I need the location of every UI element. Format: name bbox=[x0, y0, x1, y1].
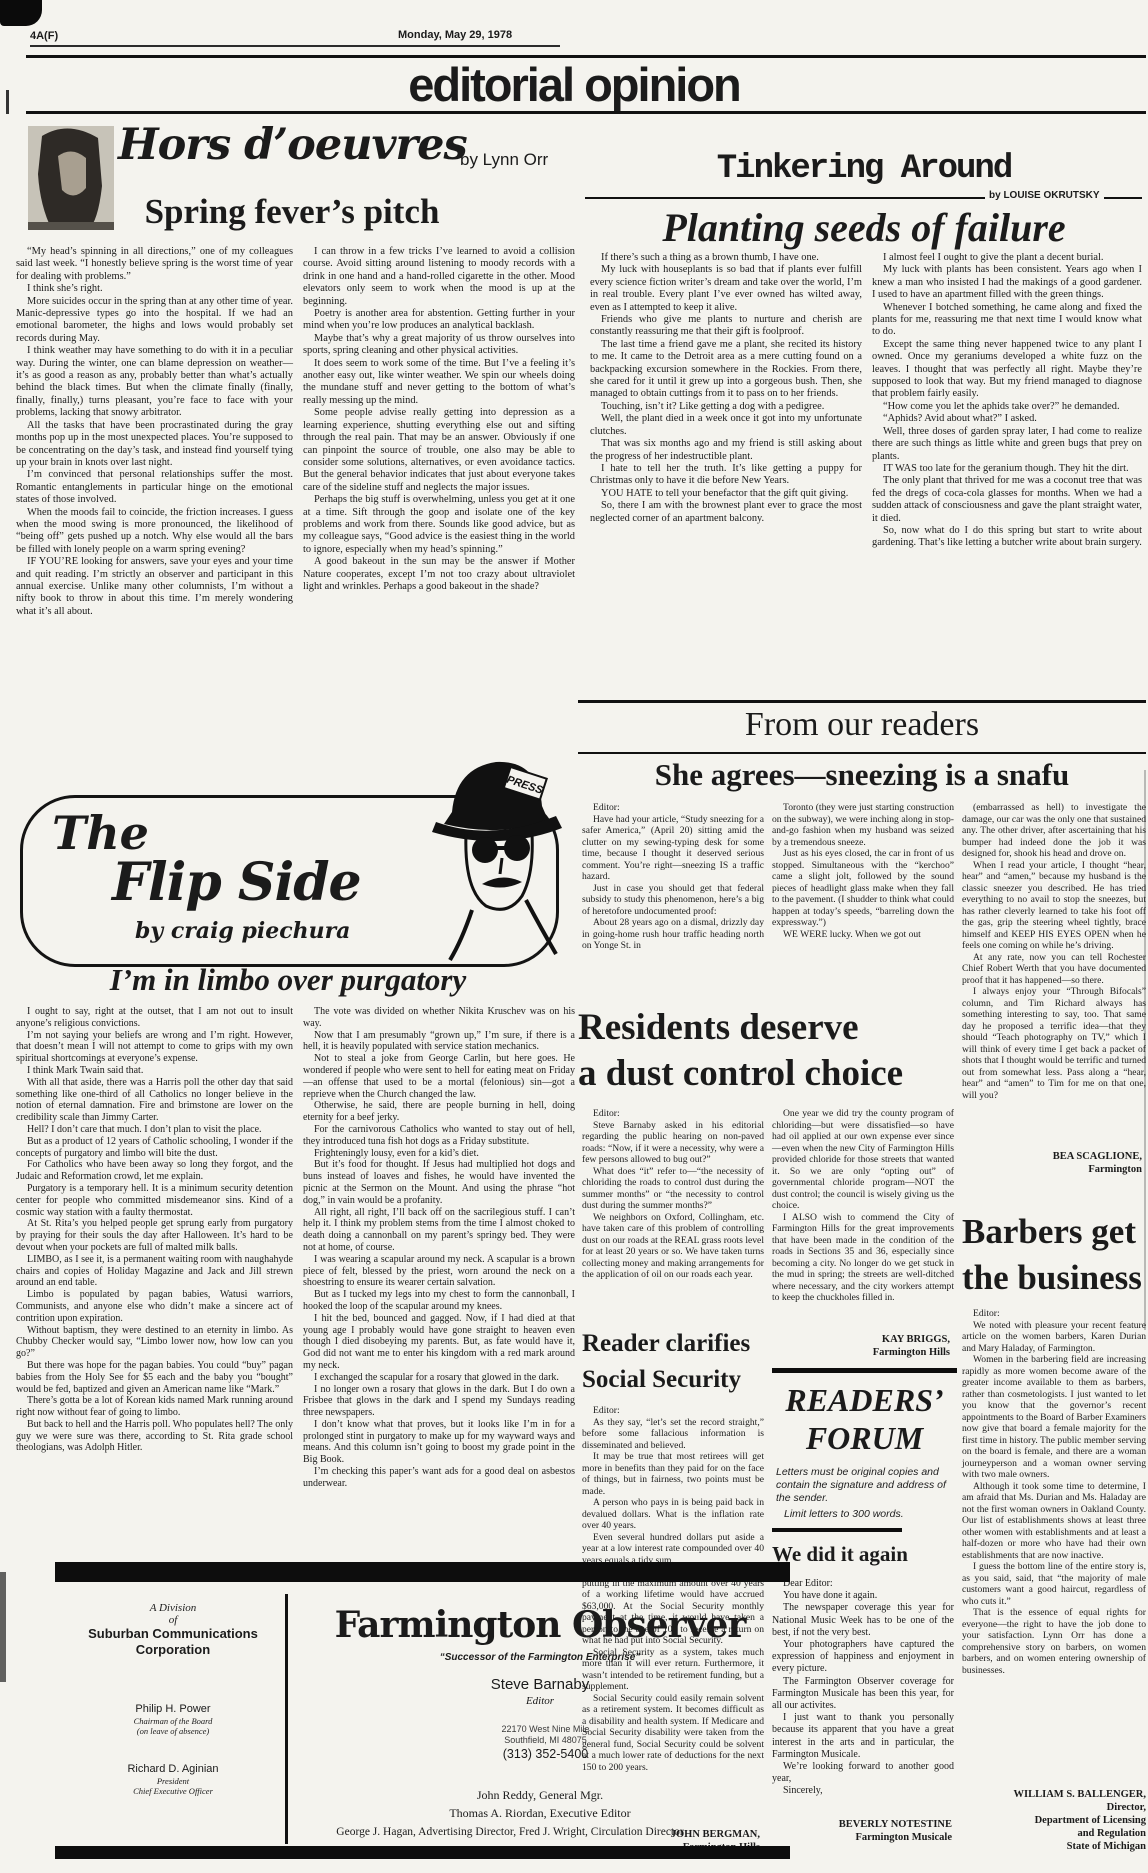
paragraph: Maybe that’s why a great majority of us … bbox=[303, 333, 575, 358]
paragraph: I think weather may have something to do… bbox=[16, 345, 293, 419]
paragraph: At any rate, now you can tell Rochester … bbox=[962, 952, 1146, 987]
paragraph: But as I tucked my legs into my chest to… bbox=[303, 1289, 575, 1313]
paragraph: Farmington Musicale bbox=[772, 1831, 952, 1844]
paragraph: If there’s such a thing as a brown thumb… bbox=[590, 252, 862, 264]
paragraph: Hell? I don’t care that much. I don’t pl… bbox=[16, 1124, 293, 1136]
paragraph: Have had your article, “Study sneezing f… bbox=[582, 814, 764, 883]
forum-policy: Letters must be original copies and cont… bbox=[776, 1466, 952, 1505]
paragraph: I exchanged the scapular for a rosary th… bbox=[303, 1372, 575, 1384]
paragraph: Touching, isn’t it? Like getting a dog w… bbox=[590, 401, 862, 413]
social-headline-line1: Reader clarifies bbox=[582, 1330, 764, 1358]
masthead-division: A DivisionofSuburban CommunicationsCorpo… bbox=[60, 1602, 275, 1658]
paragraph: Your photographers have captured the exp… bbox=[772, 1639, 954, 1676]
paragraph: Otherwise, he said, there are people bur… bbox=[303, 1100, 575, 1124]
flip-byline: by craig piechura bbox=[135, 918, 350, 944]
banner-rule-bottom bbox=[26, 111, 1146, 114]
limbo-column-1: I ought to say, right at the outset, tha… bbox=[16, 1006, 293, 1454]
sneeze-signature: BEA SCAGLIONE,Farmington bbox=[962, 1150, 1142, 1176]
paragraph: Not to steal a joke from George Carlin, … bbox=[303, 1053, 575, 1100]
paragraph: and Regulation bbox=[962, 1827, 1146, 1840]
paragraph: Poetry is another area for abstention. G… bbox=[303, 308, 575, 333]
paragraph: I almost feel I ought to give the plant … bbox=[872, 252, 1142, 264]
paragraph: Friends who give me plants to nurture an… bbox=[590, 314, 862, 339]
page-edition: 4A(F) bbox=[30, 30, 58, 42]
paragraph: Just as his eyes closed, the car in fron… bbox=[772, 848, 954, 929]
paragraph: Editor: bbox=[582, 1108, 764, 1120]
music-column: Dear Editor:You have done it again.The n… bbox=[772, 1578, 954, 1798]
sneeze-headline: She agrees—sneezing is a snafu bbox=[578, 757, 1146, 793]
paragraph: I just want to thank you personally beca… bbox=[772, 1712, 954, 1761]
paragraph: Department of Licensing bbox=[962, 1814, 1146, 1827]
masthead-editor-name: Steve Barnaby bbox=[300, 1676, 780, 1693]
paragraph: “My head’s spinning in all directions,” … bbox=[16, 246, 293, 283]
paragraph: I no longer own a rosary that glows in t… bbox=[303, 1384, 575, 1419]
paragraph: My luck with plants has been consistent.… bbox=[872, 264, 1142, 301]
paragraph: But back to hell and the Harris poll. Wh… bbox=[16, 1419, 293, 1454]
paragraph: Although it took some time to determine,… bbox=[962, 1481, 1146, 1562]
paragraph: But it’s food for thought. If Jesus had … bbox=[303, 1159, 575, 1206]
paragraph: When I read your article, I thought “hea… bbox=[962, 860, 1146, 952]
masthead-staff-reddy: John Reddy, General Mgr. bbox=[300, 1788, 780, 1803]
music-signature: BEVERLY NOTESTINEFarmington Musicale bbox=[772, 1818, 952, 1844]
paragraph: I ought to say, right at the outset, tha… bbox=[16, 1006, 293, 1030]
masthead-officer-aginian: Richard D. AginianPresidentChief Executi… bbox=[80, 1762, 255, 1796]
limbo-headline: I’m in limbo over purgatory bbox=[14, 962, 562, 998]
paragraph: Toronto (they were just starting constru… bbox=[772, 802, 954, 848]
paragraph: What does “it” refer to—“the necessity o… bbox=[582, 1166, 764, 1212]
paragraph: I’m checking this paper’s want ads for a… bbox=[303, 1466, 575, 1490]
spring-column-2: I can throw in a few tricks I’ve learned… bbox=[303, 246, 575, 593]
masthead-successor: “Successor of the Farmington Enterprise” bbox=[300, 1652, 780, 1663]
paragraph: YOU HATE to tell your benefactor that th… bbox=[590, 488, 862, 500]
paragraph: Without baptism, they were destined to a… bbox=[16, 1325, 293, 1360]
tinkering-column-title: Tinkering Around bbox=[580, 150, 1148, 188]
paragraph: Corporation bbox=[60, 1642, 275, 1658]
paragraph: Well, three doses of garden spray later,… bbox=[872, 426, 1142, 463]
flip-title-main: Flip Side bbox=[112, 852, 361, 913]
paragraph: So, now what do I do this spring but sta… bbox=[872, 525, 1142, 550]
section-banner: editorial opinion bbox=[0, 57, 1148, 112]
paragraph: I can throw in a few tricks I’ve learned… bbox=[303, 246, 575, 308]
readers-rule-top bbox=[578, 700, 1146, 703]
limbo-column-2: The vote was divided on whether Nikita K… bbox=[303, 1006, 575, 1490]
paragraph: All right, all right, I’ll back off on t… bbox=[303, 1207, 575, 1254]
paragraph: Sincerely, bbox=[772, 1785, 954, 1797]
paragraph: Dear Editor: bbox=[772, 1578, 954, 1590]
masthead-address: 22170 West Nine MileSouthfield, MI 48075… bbox=[300, 1724, 780, 1762]
paragraph: A good bakeout in the sun may be the ans… bbox=[303, 556, 575, 593]
paragraph: You have done it again. bbox=[772, 1590, 954, 1602]
paragraph: BEVERLY NOTESTINE bbox=[772, 1818, 952, 1831]
paragraph: One year we did try the county program o… bbox=[772, 1108, 954, 1212]
paragraph: All the tasks that have been procrastina… bbox=[16, 420, 293, 470]
paragraph: I’m convinced that personal relationship… bbox=[16, 469, 293, 506]
paragraph: The Farmington Observer coverage for Far… bbox=[772, 1676, 954, 1713]
paragraph: Limbo is populated by pagan babies, Watu… bbox=[16, 1289, 293, 1324]
paragraph: Southfield, MI 48075 bbox=[300, 1735, 780, 1746]
paragraph: About 28 years ago on a dismal, drizzly … bbox=[582, 917, 764, 952]
paragraph: (on leave of absence) bbox=[80, 1726, 255, 1736]
paragraph: Purgatory is a temporary hell. It is a m… bbox=[16, 1183, 293, 1218]
paragraph: We neighbors on Oxford, Collingham, etc.… bbox=[582, 1212, 764, 1281]
paragraph: We’re looking forward to another good ye… bbox=[772, 1761, 954, 1785]
paragraph: Suburban Communications bbox=[60, 1626, 275, 1642]
planting-headline: Planting seeds of failure bbox=[580, 204, 1148, 251]
paragraph: At St. Rita’s you helped people get spru… bbox=[16, 1218, 293, 1253]
columnist-cartoon: PRESS bbox=[422, 750, 570, 962]
masthead-editor-role: Editor bbox=[300, 1695, 780, 1707]
paragraph: State of Michigan bbox=[962, 1840, 1146, 1853]
social-column: Editor:As they say, “let’s set the recor… bbox=[582, 1405, 764, 1773]
readers-banner: From our readers bbox=[578, 706, 1146, 744]
music-headline: We did it again bbox=[772, 1542, 957, 1567]
paragraph: of bbox=[60, 1614, 275, 1626]
paragraph: The last time a friend gave me a plant, … bbox=[590, 339, 862, 401]
paragraph: Whenever I botched something, he came al… bbox=[872, 302, 1142, 339]
paragraph: “Aphids? Avid about what?” I asked. bbox=[872, 413, 1142, 425]
forum-rule-top bbox=[772, 1368, 957, 1373]
paragraph: I don’t know what that proves, but it lo… bbox=[303, 1419, 575, 1466]
paragraph: My luck with houseplants is so bad that … bbox=[590, 264, 862, 314]
paragraph: That was six months ago and my friend is… bbox=[590, 438, 862, 463]
barbers-headline-line2: the business bbox=[962, 1258, 1148, 1298]
paragraph: I think Mark Twain said that. bbox=[16, 1065, 293, 1077]
paragraph: Just in case you should get that federal… bbox=[582, 883, 764, 918]
paragraph: IT WAS too late for the geranium though.… bbox=[872, 463, 1142, 475]
masthead-divider bbox=[285, 1594, 288, 1844]
paragraph: It may be true that most retirees will g… bbox=[582, 1451, 764, 1497]
paragraph: A person who pays in is being paid back … bbox=[582, 1497, 764, 1532]
paragraph: Farmington bbox=[962, 1163, 1142, 1176]
paragraph: Well, the plant died in a week once it g… bbox=[590, 413, 862, 438]
paragraph: Now that I am presumably “grown up,” I’m… bbox=[303, 1030, 575, 1054]
paragraph: Philip H. Power bbox=[80, 1702, 255, 1716]
newspaper-page: 4A(F) Monday, May 29, 1978 editorial opi… bbox=[0, 0, 1148, 1873]
paragraph: There’s gotta be a lot of Korean kids na… bbox=[16, 1395, 293, 1419]
dust-headline-line1: Residents deserve bbox=[578, 1006, 1048, 1049]
paragraph: Even several hundred dollars put aside a… bbox=[582, 1532, 764, 1567]
sneeze-column-2: Toronto (they were just starting constru… bbox=[772, 802, 954, 940]
paragraph: It does seem to work some of the time. B… bbox=[303, 358, 575, 408]
paragraph: As they say, “let’s set the record strai… bbox=[582, 1417, 764, 1452]
dust-column-1: Editor:Steve Barnaby asked in his editor… bbox=[582, 1108, 764, 1281]
masthead-bar-top bbox=[55, 1562, 790, 1582]
paragraph: We noted with pleasure your recent featu… bbox=[962, 1320, 1146, 1355]
paragraph: I think she’s right. bbox=[16, 283, 293, 295]
paragraph: For Catholics who have been away so long… bbox=[16, 1159, 293, 1183]
masthead-officer-power: Philip H. PowerChairman of the Board(on … bbox=[80, 1702, 255, 1736]
page-date: Monday, May 29, 1978 bbox=[398, 29, 512, 41]
dust-headline-line2: a dust control choice bbox=[578, 1052, 1048, 1095]
paragraph: A Division bbox=[60, 1602, 275, 1614]
paragraph: With all that aside, there was a Harris … bbox=[16, 1077, 293, 1124]
hors-byline: by Lynn Orr bbox=[460, 150, 548, 170]
paragraph: Chairman of the Board bbox=[80, 1716, 255, 1726]
paragraph: Some people advise really getting into d… bbox=[303, 407, 575, 494]
barbers-signature: WILLIAM S. BALLENGER,Director,Department… bbox=[962, 1788, 1146, 1853]
paragraph: I hate to tell her the truth. It’s like … bbox=[590, 463, 862, 488]
paragraph: Perhaps the big stuff is overwhelming, u… bbox=[303, 494, 575, 556]
paragraph: IF YOU’RE looking for answers, save your… bbox=[16, 556, 293, 618]
paragraph: But as a product of 12 years of Catholic… bbox=[16, 1136, 293, 1160]
paragraph: The only plant that thrived for me was a… bbox=[872, 475, 1142, 525]
paragraph: KAY BRIGGS, bbox=[772, 1333, 950, 1346]
barbers-headline-line1: Barbers get bbox=[962, 1212, 1148, 1252]
scan-left-smudge bbox=[0, 1572, 6, 1682]
masthead-bar-bottom bbox=[55, 1846, 790, 1859]
hors-column-title: Hors d’oeuvres bbox=[118, 120, 467, 170]
dust-column-2: One year we did try the county program o… bbox=[772, 1108, 954, 1304]
paragraph: 22170 West Nine Mile bbox=[300, 1724, 780, 1735]
paragraph: WE WERE lucky. When we got out bbox=[772, 929, 954, 941]
paragraph: Women in the barbering field are increas… bbox=[962, 1354, 1146, 1481]
forum-rule-bottom bbox=[772, 1528, 902, 1532]
forum-title-line1: READERS’ bbox=[772, 1382, 957, 1419]
social-headline-line2: Social Security bbox=[582, 1366, 764, 1394]
paragraph: (313) 352-5400 bbox=[300, 1746, 780, 1762]
paragraph: I was wearing a scapular around my neck.… bbox=[303, 1254, 575, 1289]
forum-limit: Limit letters to 300 words. bbox=[784, 1508, 952, 1521]
masthead-paper-name: Farmington Observer bbox=[300, 1604, 780, 1646]
paragraph: Except the same thing never happened twi… bbox=[872, 339, 1142, 401]
barbers-column: Editor:We noted with pleasure your recen… bbox=[962, 1308, 1146, 1676]
readers-rule-bottom bbox=[578, 752, 1146, 754]
spring-headline: Spring fever’s pitch bbox=[14, 192, 570, 232]
paragraph: I guess the bottom line of the entire st… bbox=[962, 1561, 1146, 1607]
dust-signature: KAY BRIGGS,Farmington Hills bbox=[772, 1333, 950, 1359]
header-hairline bbox=[30, 45, 560, 47]
paragraph: More suicides occur in the spring than a… bbox=[16, 296, 293, 346]
paragraph: Richard D. Aginian bbox=[80, 1762, 255, 1776]
paragraph: I hit the bed, bounced and gagged. Now, … bbox=[303, 1313, 575, 1372]
paragraph: President bbox=[80, 1776, 255, 1786]
paragraph: Editor: bbox=[582, 1405, 764, 1417]
paragraph: Chief Executive Officer bbox=[80, 1786, 255, 1796]
paragraph: The newspaper coverage this year for Nat… bbox=[772, 1602, 954, 1639]
spring-column-1: “My head’s spinning in all directions,” … bbox=[16, 246, 293, 618]
forum-title-line2: FORUM bbox=[772, 1420, 957, 1457]
masthead-staff-advertising: George J. Hagan, Advertising Director, F… bbox=[230, 1826, 790, 1838]
scan-corner-blob bbox=[0, 0, 42, 26]
paragraph: When the moods fail to coincide, the fri… bbox=[16, 507, 293, 557]
paragraph: “How come you let the aphids take over?”… bbox=[872, 401, 1142, 413]
paragraph: For the carnivorous Catholics who wanted… bbox=[303, 1124, 575, 1148]
paragraph: (embarrassed as hell) to investigate the… bbox=[962, 802, 1146, 860]
paragraph: Editor: bbox=[962, 1308, 1146, 1320]
paragraph: Frighteningly lousy, even for a kid’s di… bbox=[303, 1148, 575, 1160]
paragraph: That is the essence of equal rights for … bbox=[962, 1607, 1146, 1676]
paragraph: Farmington Hills bbox=[772, 1346, 950, 1359]
paragraph: LIMBO, as I see it, is a permanent waiti… bbox=[16, 1254, 293, 1289]
sneeze-column-1: Editor:Have had your article, “Study sne… bbox=[582, 802, 764, 952]
paragraph: The vote was divided on whether Nikita K… bbox=[303, 1006, 575, 1030]
paragraph: WILLIAM S. BALLENGER, bbox=[962, 1788, 1146, 1801]
paragraph: I ALSO wish to commend the City of Farmi… bbox=[772, 1212, 954, 1304]
planting-column-2: I almost feel I ought to give the plant … bbox=[872, 252, 1142, 550]
paragraph: BEA SCAGLIONE, bbox=[962, 1150, 1142, 1163]
paragraph: So, there I am with the brownest plant e… bbox=[590, 500, 862, 525]
paragraph: Editor: bbox=[582, 802, 764, 814]
tinkering-byline: by LOUISE OKRUTSKY bbox=[985, 190, 1104, 201]
planting-column-1: If there’s such a thing as a brown thumb… bbox=[590, 252, 862, 525]
paragraph: I’m not saying your beliefs are wrong an… bbox=[16, 1030, 293, 1065]
paragraph: But there was hope for the pagan babies.… bbox=[16, 1360, 293, 1395]
paragraph: Director, bbox=[962, 1801, 1146, 1814]
masthead-staff-riordan: Thomas A. Riordan, Executive Editor bbox=[300, 1806, 780, 1821]
paragraph: Steve Barnaby asked in his editorial reg… bbox=[582, 1120, 764, 1166]
